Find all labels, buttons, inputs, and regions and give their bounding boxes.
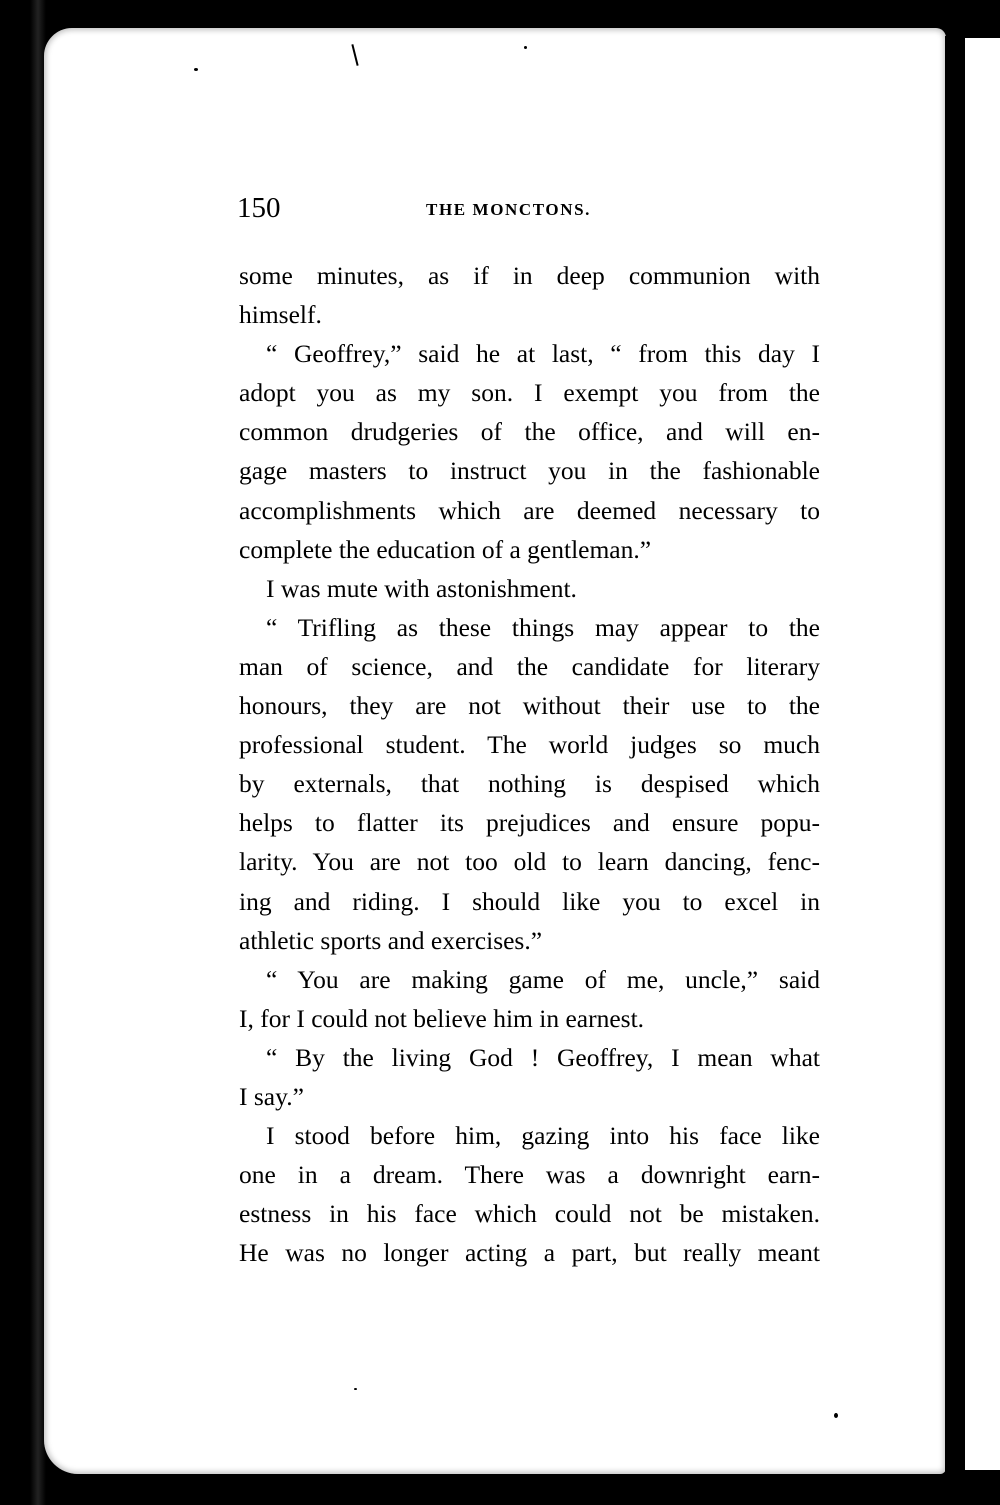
text-line: common drudgeries of the office, and wil…: [239, 412, 820, 451]
text-line: “ Geoffrey,” said he at last, “ from thi…: [239, 334, 820, 373]
page-number: 150: [237, 190, 281, 226]
page-gutter-bar: [945, 36, 965, 1476]
scan-speck: [524, 46, 527, 49]
text-line: ing and riding. I should like you to exc…: [239, 882, 820, 921]
text-line: I, for I could not believe him in earnes…: [239, 999, 820, 1038]
text-line: “ Trifling as these things may appear to…: [239, 608, 820, 647]
text-line: accomplishments which are deemed necessa…: [239, 491, 820, 530]
text-line: himself.: [239, 295, 820, 334]
text-line: I was mute with astonishment.: [239, 569, 820, 608]
text-line: helps to flatter its prejudices and ensu…: [239, 803, 820, 842]
text-line: one in a dream. There was a downright ea…: [239, 1155, 820, 1194]
scan-speck: [834, 1413, 838, 1418]
text-line: professional student. The world judges s…: [239, 725, 820, 764]
text-line: man of science, and the candidate for li…: [239, 647, 820, 686]
paragraph: “ Geoffrey,” said he at last, “ from thi…: [239, 334, 820, 569]
scanned-page: 150 THE MONCTONS. some minutes, as if in…: [0, 0, 1000, 1505]
scan-mark: [351, 44, 358, 66]
page-header: 150 THE MONCTONS.: [237, 190, 822, 230]
text-line: He was no longer acting a part, but real…: [239, 1233, 820, 1272]
text-line: some minutes, as if in deep communion wi…: [239, 256, 820, 295]
book-binding-edge: [0, 0, 46, 1505]
scan-speck: [354, 1388, 357, 1390]
text-line: athletic sports and exercises.”: [239, 921, 820, 960]
paragraph: I stood before him, gazing into his face…: [239, 1116, 820, 1272]
paragraph: some minutes, as if in deep communion wi…: [239, 256, 820, 334]
body-text: some minutes, as if in deep communion wi…: [239, 256, 820, 1272]
adjacent-page-strip: [965, 38, 1000, 1470]
scan-speck: [194, 68, 198, 71]
running-title: THE MONCTONS.: [426, 197, 591, 223]
text-line: estness in his face which could not be m…: [239, 1194, 820, 1233]
text-line: by externals, that nothing is despised w…: [239, 764, 820, 803]
text-line: adopt you as my son. I exempt you from t…: [239, 373, 820, 412]
text-line: “ By the living God ! Geoffrey, I mean w…: [239, 1038, 820, 1077]
text-line: I stood before him, gazing into his face…: [239, 1116, 820, 1155]
paragraph: I was mute with astonishment.: [239, 569, 820, 608]
text-line: complete the education of a gentleman.”: [239, 530, 820, 569]
text-line: “ You are making game of me, uncle,” sai…: [239, 960, 820, 999]
text-line: larity. You are not too old to learn dan…: [239, 842, 820, 881]
text-line: I say.”: [239, 1077, 820, 1116]
text-line: honours, they are not without their use …: [239, 686, 820, 725]
paragraph: “ By the living God ! Geoffrey, I mean w…: [239, 1038, 820, 1116]
paragraph: “ You are making game of me, uncle,” sai…: [239, 960, 820, 1038]
text-line: gage masters to instruct you in the fash…: [239, 451, 820, 490]
paragraph: “ Trifling as these things may appear to…: [239, 608, 820, 960]
